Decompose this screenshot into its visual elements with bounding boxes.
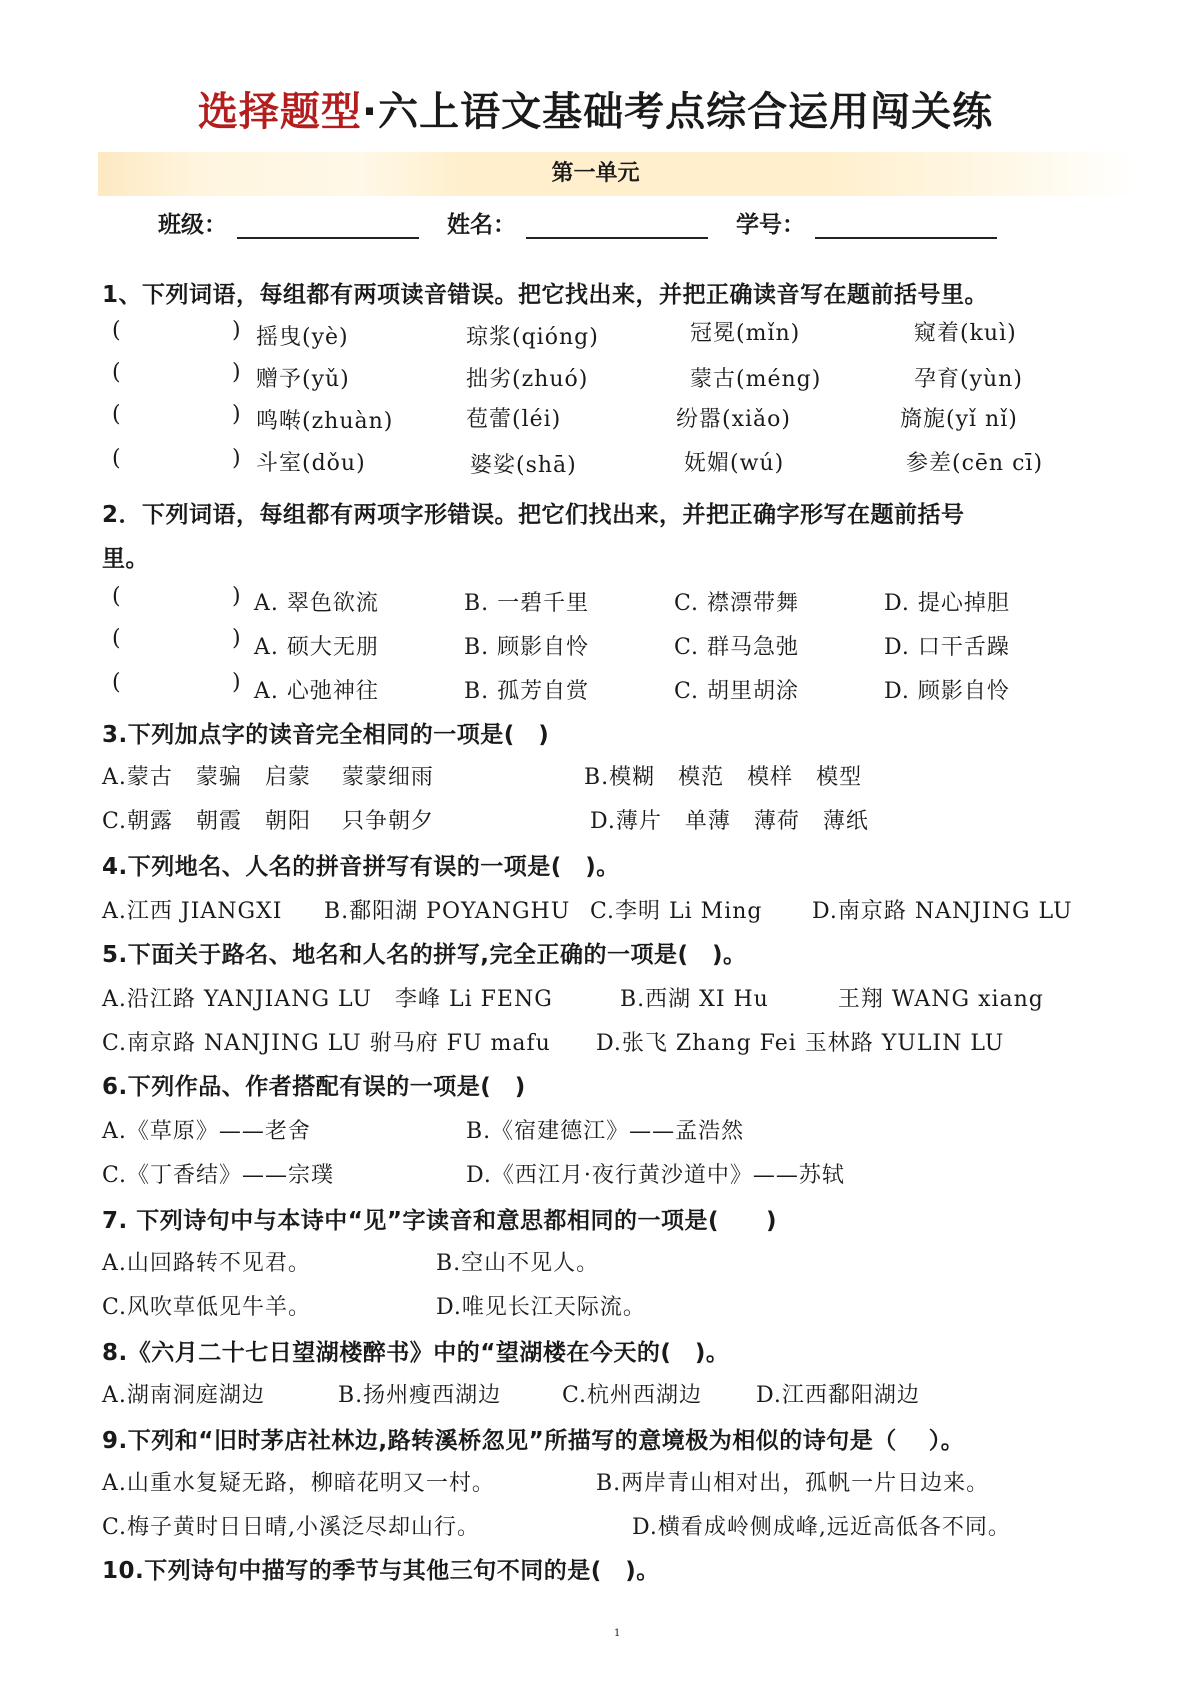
q1-item: 冠冕(mǐn)	[690, 316, 800, 347]
answer-paren[interactable]: (	[112, 584, 121, 609]
answer-paren[interactable]: (	[112, 626, 121, 651]
paren-close: )	[232, 402, 241, 427]
q7-prompt: 7. 下列诗句中与本诗中“见”字读音和意思都相同的一项是( )	[102, 1202, 777, 1235]
q7-option-b: B.空山不见人。	[436, 1246, 599, 1277]
q2-option: B. 顾影自怜	[464, 630, 589, 661]
q2-option: B. 一碧千里	[464, 586, 589, 617]
q6-option-b: B.《宿建德江》——孟浩然	[466, 1114, 744, 1145]
q3-option-d: D.薄片 单薄 薄荷 薄纸	[590, 804, 869, 835]
q2-option: C. 襟漂带舞	[674, 586, 799, 617]
answer-paren[interactable]: (	[112, 402, 121, 427]
q9-option-a: A.山重水复疑无路，柳暗花明又一村。	[102, 1466, 495, 1497]
paren-close: )	[232, 318, 241, 343]
q1-item: 苞蕾(léi)	[466, 402, 561, 433]
answer-paren[interactable]: (	[112, 318, 121, 343]
q9-option-b: B.两岸青山相对出，孤帆一片日边来。	[596, 1466, 989, 1497]
q6-prompt: 6.下列作品、作者搭配有误的一项是( )	[102, 1068, 526, 1101]
q3-option-b: B.模糊 模范 模样 模型	[584, 760, 862, 791]
q2-option: B. 孤芳自赏	[464, 674, 589, 705]
q2-option: A. 心弛神往	[254, 674, 379, 705]
name-label: 姓名：	[447, 206, 516, 239]
title-rest: ·六上语文基础考点综合运用闯关练	[362, 89, 993, 135]
q4-prompt: 4.下列地名、人名的拼音拼写有误的一项是( )。	[102, 848, 620, 881]
q6-option-a: A.《草原》——老舍	[102, 1114, 311, 1145]
q4-option-c: C.李明 Li Ming	[590, 894, 763, 925]
q5-option-b: B.西湖 XI Hu 王翔 WANG xiang	[620, 982, 1044, 1013]
q1-item: 孕育(yùn)	[914, 362, 1023, 393]
name-blank[interactable]	[526, 211, 708, 239]
class-field[interactable]: 班级：	[158, 206, 419, 239]
q3-prompt: 3.下列加点字的读音完全相同的一项是( )	[102, 716, 549, 749]
student-id-field[interactable]: 学号：	[736, 206, 997, 239]
q1-item: 旖旎(yǐ nǐ)	[900, 402, 1018, 433]
paren-close: )	[232, 446, 241, 471]
q10-prompt: 10.下列诗句中描写的季节与其他三句不同的是( )。	[102, 1552, 660, 1585]
student-id-label: 学号：	[736, 206, 805, 239]
q2-option: C. 胡里胡涂	[674, 674, 799, 705]
q8-prompt: 8.《六月二十七日望湖楼醉书》中的“望湖楼在今天的( )。	[102, 1334, 729, 1367]
q2-prompt-cont: 里。	[102, 540, 149, 573]
q8-option-d: D.江西鄱阳湖边	[756, 1378, 920, 1409]
q3-option-c: C.朝露 朝霞 朝阳 只争朝夕	[102, 804, 434, 835]
name-field[interactable]: 姓名：	[447, 206, 708, 239]
q9-option-d: D.横看成岭侧成峰,远近高低各不同。	[632, 1510, 1011, 1541]
q1-item: 拙劣(zhuó)	[466, 362, 588, 393]
q1-item: 婆娑(shā)	[470, 448, 577, 479]
q8-option-b: B.扬州瘦西湖边	[338, 1378, 501, 1409]
q9-option-c: C.梅子黄时日日晴,小溪泛尽却山行。	[102, 1510, 480, 1541]
q1-prompt: 1、下列词语，每组都有两项读音错误。把它找出来，并把正确读音写在题前括号里。	[102, 276, 988, 309]
worksheet-title: 选择题型·六上语文基础考点综合运用闯关练	[0, 80, 1191, 137]
q1-item: 琼浆(qióng)	[466, 320, 599, 351]
q5-option-c: C.南京路 NANJING LU 驸马府 FU mafu	[102, 1026, 551, 1057]
q1-item: 窥着(kuì)	[914, 316, 1017, 347]
q1-item: 纷嚣(xiǎo)	[676, 402, 791, 433]
answer-paren[interactable]: (	[112, 446, 121, 471]
q2-option: D. 口干舌躁	[884, 630, 1010, 661]
q2-option: A. 翠色欲流	[254, 586, 379, 617]
paren-close: )	[232, 626, 241, 651]
q7-option-a: A.山回路转不见君。	[102, 1246, 311, 1277]
answer-paren[interactable]: (	[112, 360, 121, 385]
q8-option-a: A.湖南洞庭湖边	[102, 1378, 265, 1409]
q4-option-d: D.南京路 NANJING LU	[812, 894, 1073, 925]
q2-option: D. 提心掉胆	[884, 586, 1010, 617]
q1-item: 鸣啭(zhuàn)	[256, 404, 393, 435]
q5-option-a: A.沿江路 YANJIANG LU 李峰 Li FENG	[102, 982, 553, 1013]
paren-close: )	[232, 670, 241, 695]
q4-option-a: A.江西 JIANGXI	[102, 894, 282, 925]
q2-option: C. 群马急弛	[674, 630, 799, 661]
q1-item: 妩媚(wú)	[684, 446, 784, 477]
class-blank[interactable]	[237, 211, 419, 239]
answer-paren[interactable]: (	[112, 670, 121, 695]
q4-option-b: B.鄱阳湖 POYANGHU	[324, 894, 570, 925]
paren-close: )	[232, 360, 241, 385]
paren-close: )	[232, 584, 241, 609]
page-number: 1	[614, 1628, 620, 1639]
q6-option-c: C.《丁香结》——宗璞	[102, 1158, 334, 1189]
q1-item: 摇曳(yè)	[256, 320, 349, 351]
q3-option-a: A.蒙古 蒙骗 启蒙 蒙蒙细雨	[102, 760, 434, 791]
q8-option-c: C.杭州西湖边	[562, 1378, 702, 1409]
class-label: 班级：	[158, 206, 227, 239]
q2-option: A. 硕大无朋	[254, 630, 379, 661]
q7-option-c: C.风吹草低见牛羊。	[102, 1290, 311, 1321]
q1-item: 赠予(yǔ)	[256, 362, 350, 393]
q5-prompt: 5.下面关于路名、地名和人名的拼写,完全正确的一项是( )。	[102, 936, 747, 969]
q1-item: 斗室(dǒu)	[256, 446, 366, 477]
q5-option-d: D.张飞 Zhang Fei 玉林路 YULIN LU	[596, 1026, 1004, 1057]
unit-label: 第一单元	[0, 152, 1191, 196]
q6-option-d: D.《西江月·夜行黄沙道中》——苏轼	[466, 1158, 845, 1189]
q1-item: 蒙古(méng)	[690, 362, 821, 393]
q2-option: D. 顾影自怜	[884, 674, 1010, 705]
q1-item: 参差(cēn cī)	[906, 446, 1043, 477]
q7-option-d: D.唯见长江天际流。	[436, 1290, 646, 1321]
student-info: 班级： 姓名： 学号：	[158, 206, 997, 239]
title-highlight: 选择题型	[198, 89, 362, 135]
q9-prompt: 9.下列和“旧时茅店社林边,路转溪桥忽见”所描写的意境极为相似的诗句是（ ）。	[102, 1422, 964, 1455]
q2-prompt: 2．下列词语，每组都有两项字形错误。把它们找出来，并把正确字形写在题前括号	[102, 496, 965, 529]
student-id-blank[interactable]	[815, 211, 997, 239]
